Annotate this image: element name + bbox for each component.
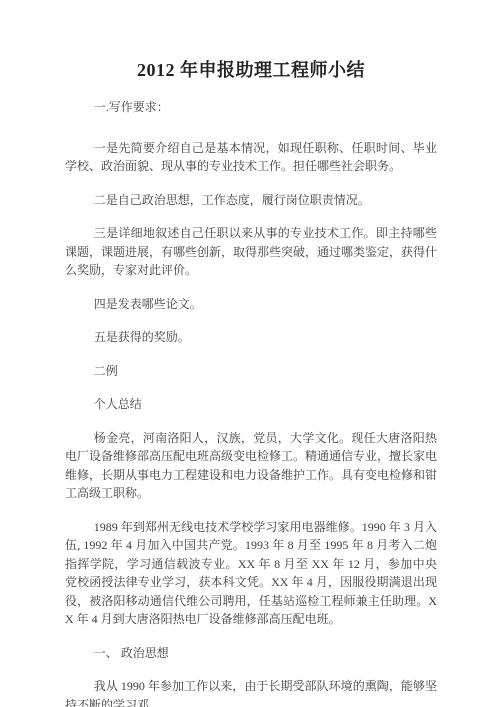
paragraph-point-four: 四是发表哪些论文。 xyxy=(65,295,437,314)
paragraph-political-thought-body: 我从 1990 年参加工作以来，由于长期受部队环境的熏陶，能够坚持不断的学习邓 xyxy=(65,677,437,707)
paragraph-point-one: 一是先简要介绍自己是基本情况，如现任职称、任职时间、毕业学校、政治面貌、现从事的… xyxy=(65,139,437,176)
paragraph-point-five: 五是获得的奖励。 xyxy=(65,328,437,347)
paragraph-personal-summary-heading: 个人总结 xyxy=(65,395,437,414)
document-page: 2012 年申报助理工程师小结 一.写作要求： 一是先简要介绍自己是基本情况，如… xyxy=(0,0,500,707)
paragraph-example-heading: 二例 xyxy=(65,362,437,381)
paragraph-writing-requirements-heading: 一.写作要求： xyxy=(65,98,437,117)
paragraph-political-thought-heading: 一、 政治思想 xyxy=(65,644,437,663)
paragraph-point-three: 三是详细地叙述自己任职以来从事的专业技术工作。即主持哪些课题，课题进展，有哪些创… xyxy=(65,224,437,280)
paragraph-point-two: 二是自己政治思想，工作态度，履行岗位职责情况。 xyxy=(65,191,437,210)
document-title: 2012 年申报助理工程师小结 xyxy=(65,56,437,84)
paragraph-personal-intro: 杨金亮，河南洛阳人，汉族，党员，大学文化。现任大唐洛阳热电厂设备维修部高压配电班… xyxy=(65,429,437,503)
paragraph-career-history: 1989 年到郑州无线电技术学校学习家用电器维修。1990 年 3 月入伍, 1… xyxy=(65,518,437,629)
